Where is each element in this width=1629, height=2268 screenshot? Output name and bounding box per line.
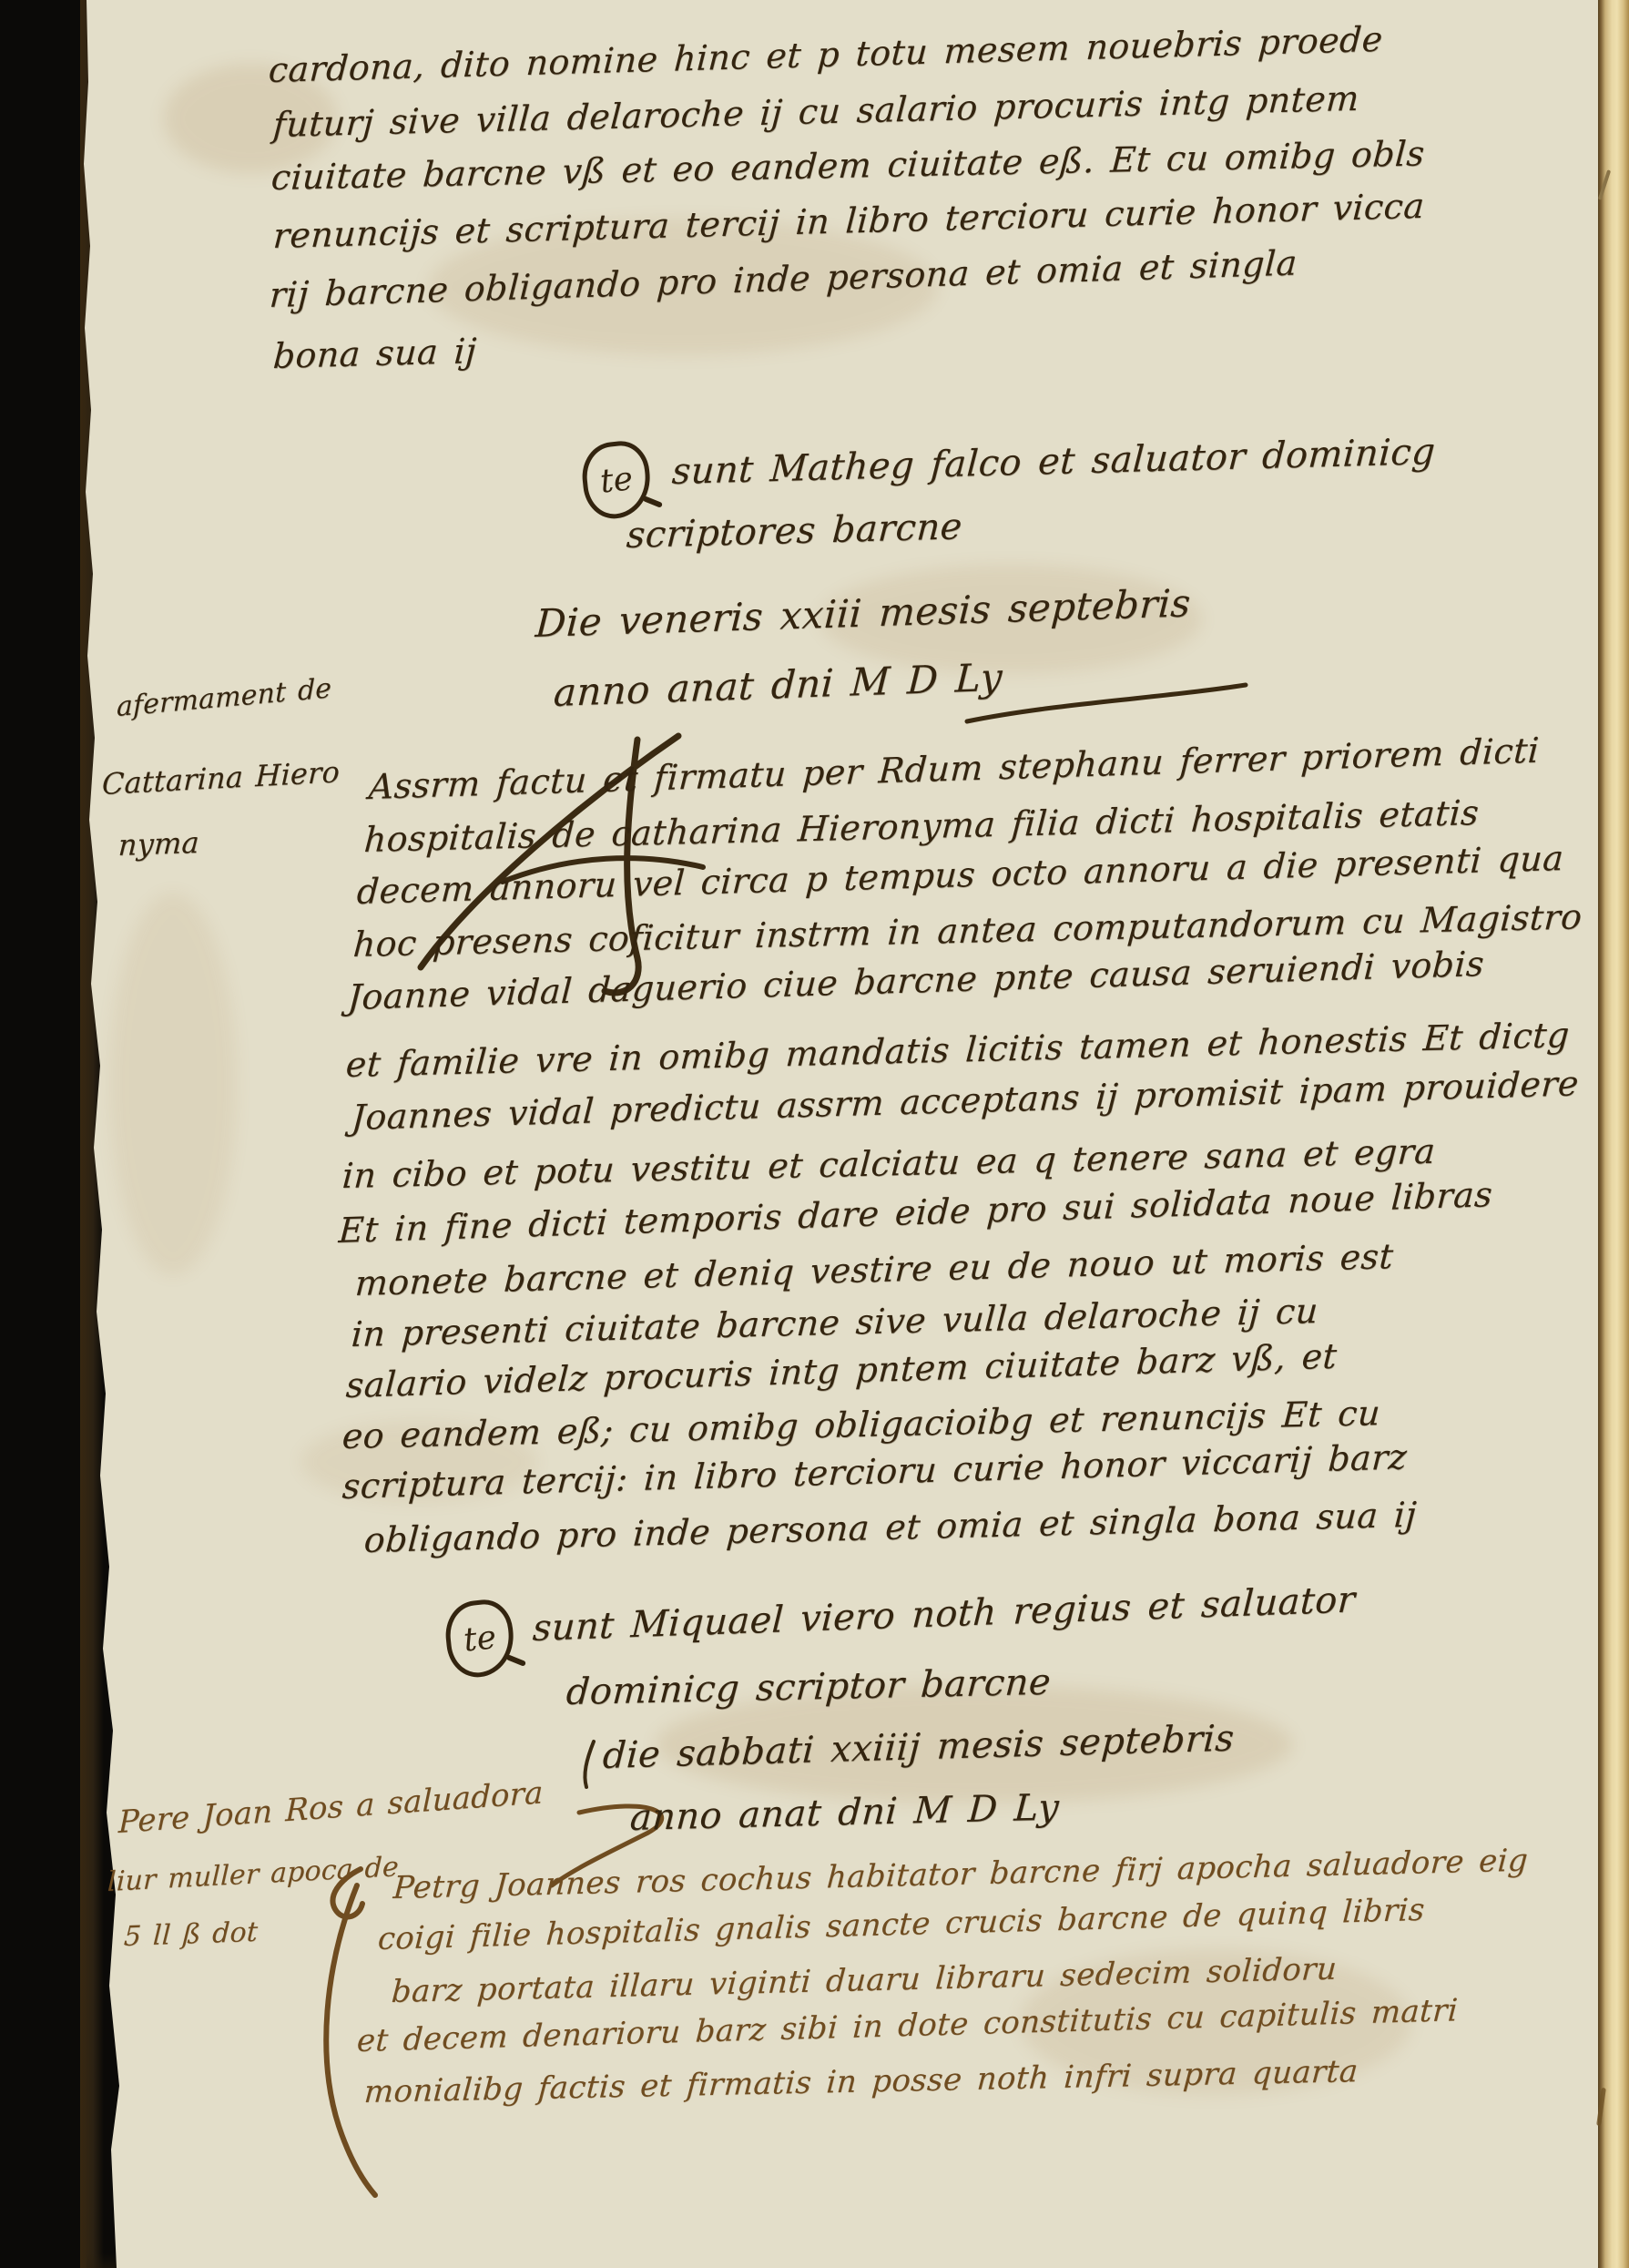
witness-paraph-label: te: [462, 1619, 498, 1660]
entry3-date-line: anno anat dni M D Ly: [629, 1789, 1061, 1836]
entry2-margin-note-line: nyma: [117, 828, 200, 860]
entry1-witness-line: scriptores barcne: [626, 508, 963, 554]
witness-paraph-label: te: [598, 460, 635, 501]
photo-backdrop: cardona, dito nomine hinc et p totu mese…: [0, 0, 1629, 2268]
entry2-witness-line: dominicg scriptor barcne: [565, 1664, 1053, 1711]
entry1-body-line: bona sua ij: [272, 333, 478, 373]
entry3-margin-note-line: 5 ll ß dot: [123, 1919, 259, 1951]
